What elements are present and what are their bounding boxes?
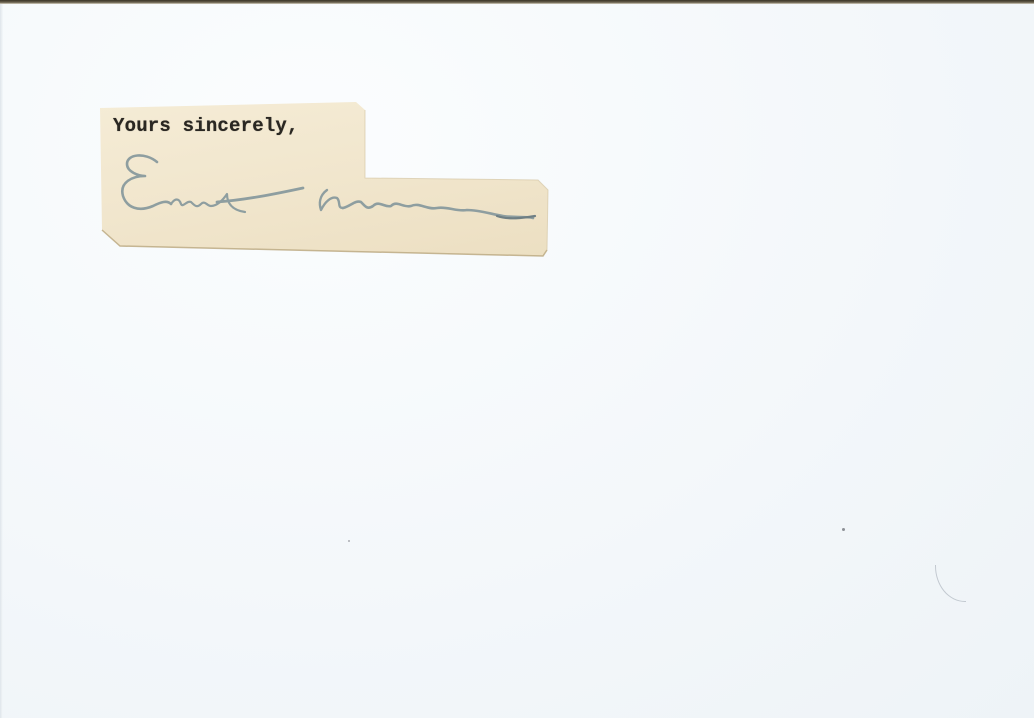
dust-speck (348, 540, 350, 542)
hair-fiber (935, 565, 966, 602)
scan-left-edge (0, 4, 3, 718)
typed-closing: Yours sincerely, (113, 115, 299, 137)
scan-top-edge (0, 0, 1034, 4)
handwritten-signature: Ernest Newman (105, 150, 545, 240)
dust-speck (842, 528, 845, 531)
